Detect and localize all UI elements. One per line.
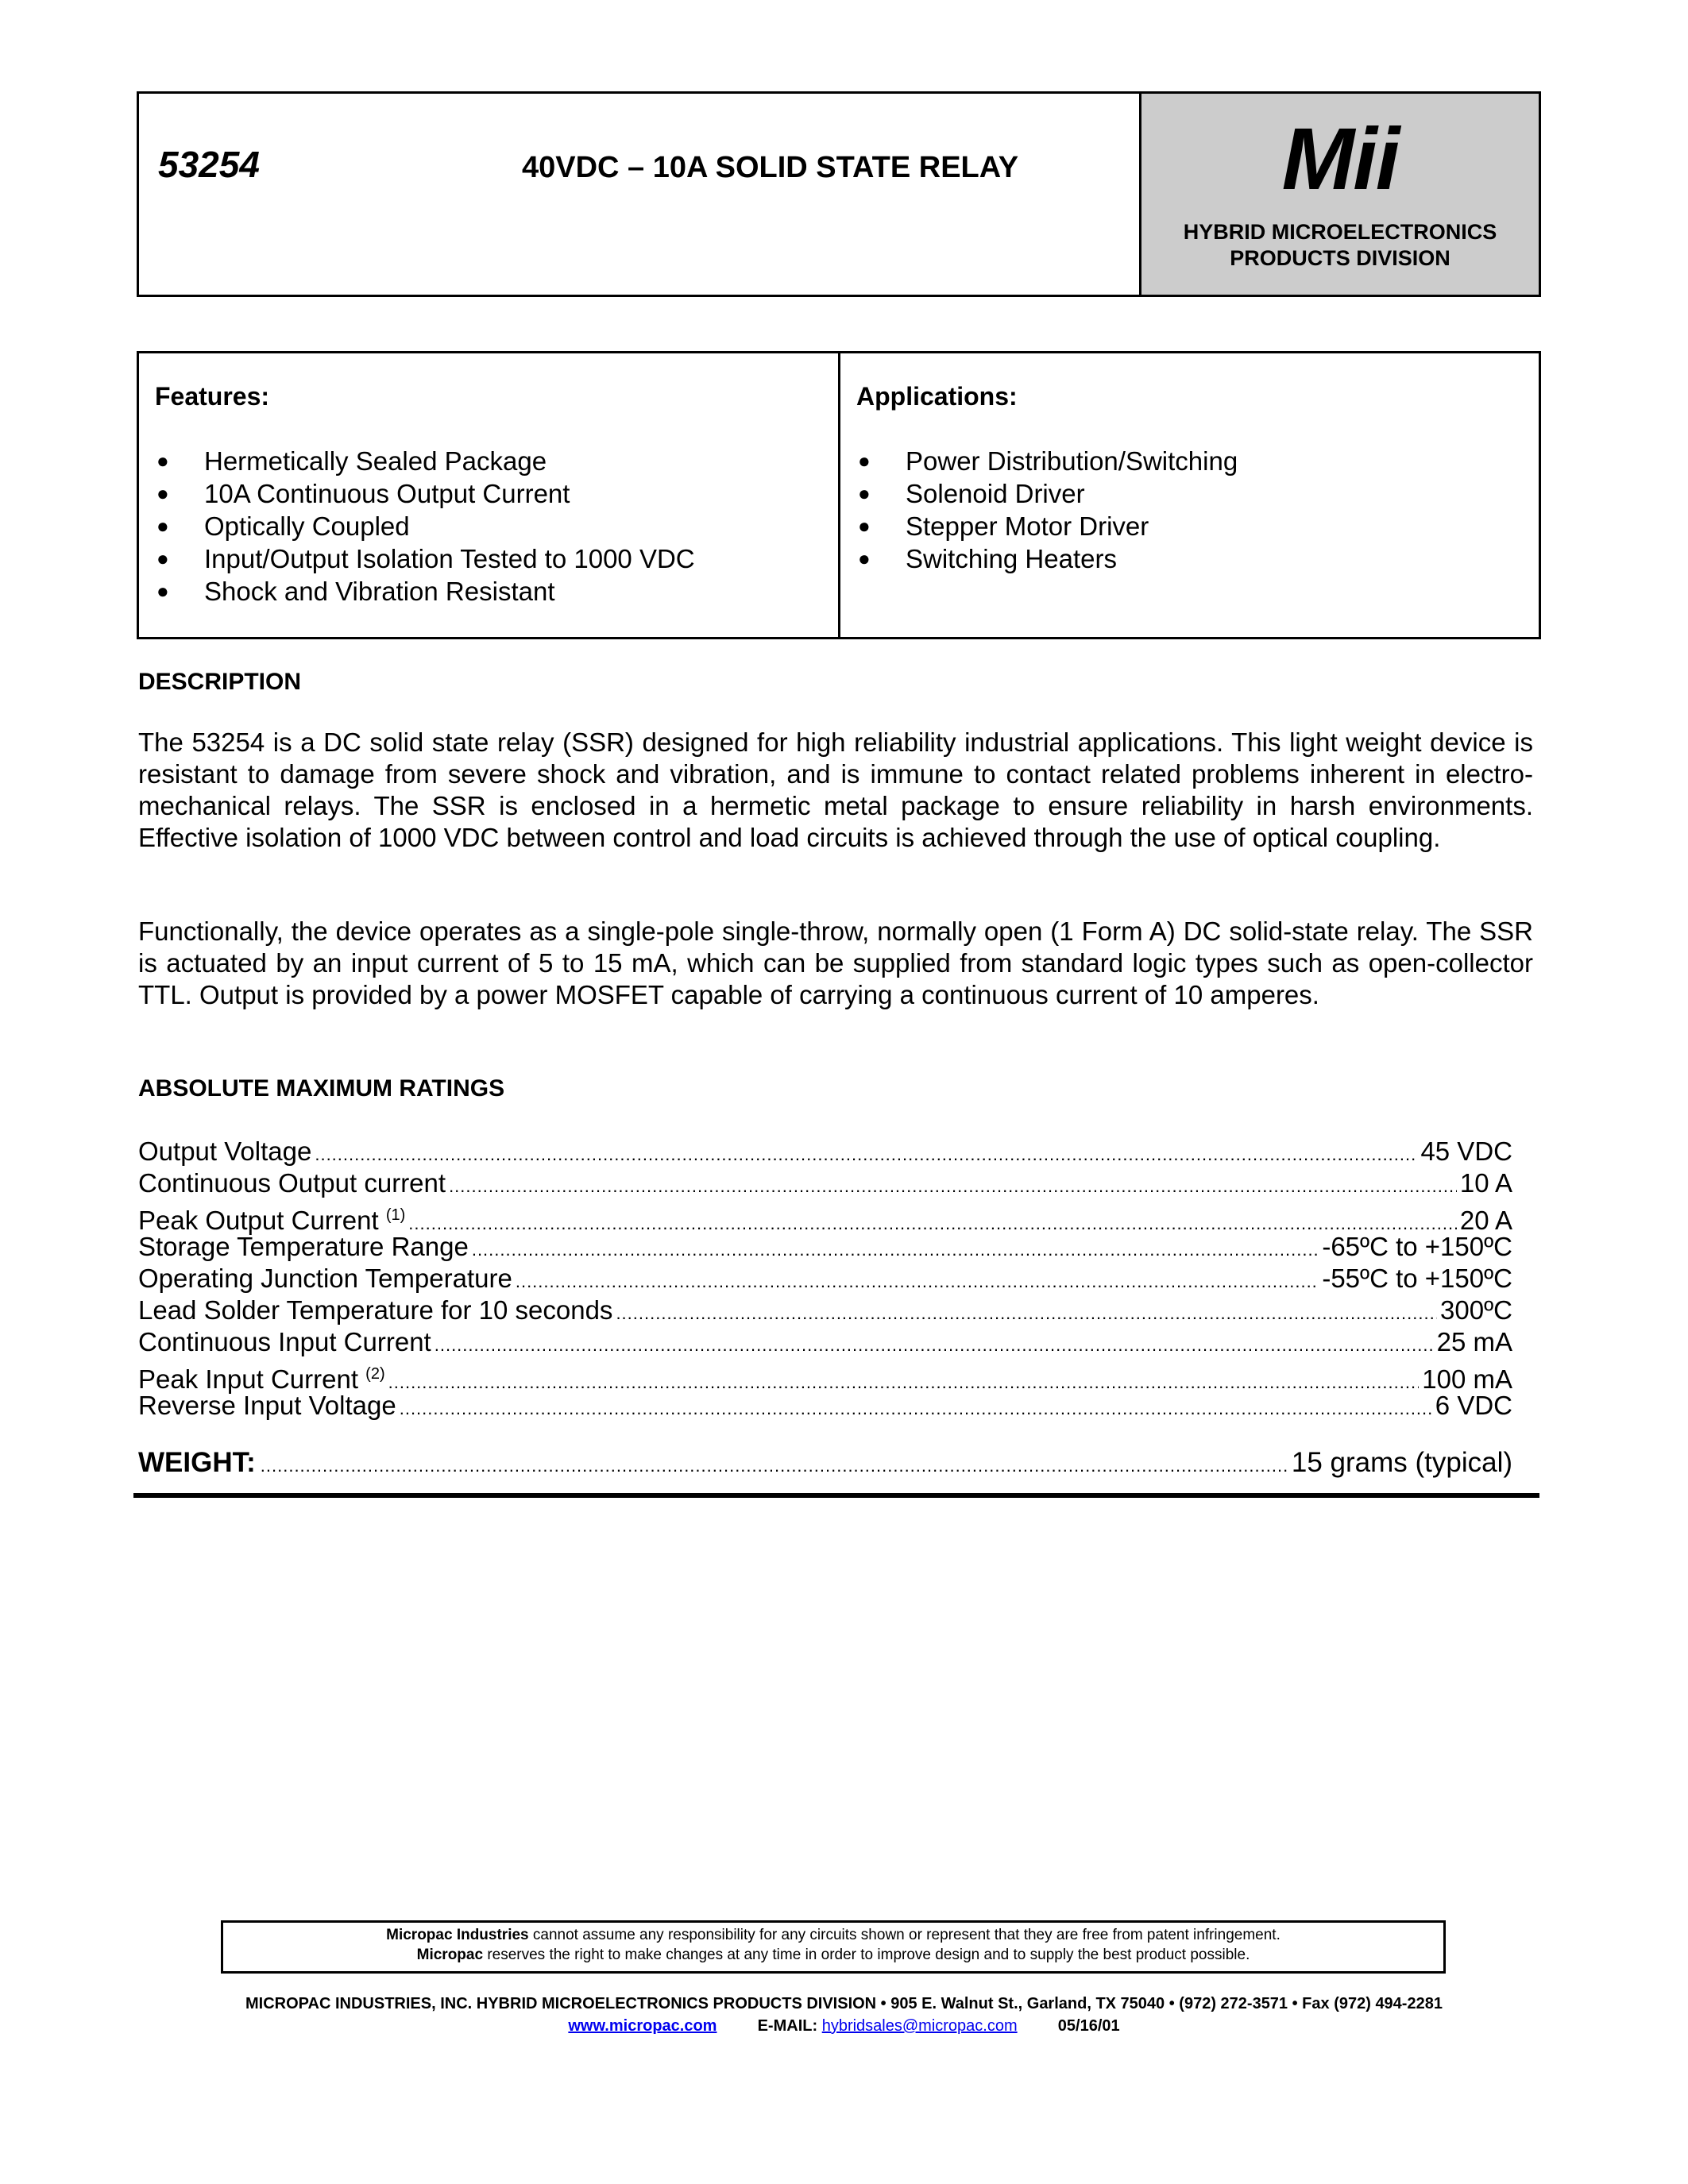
disclaimer-line-2: Micropac reserves the right to make chan…: [223, 1945, 1443, 1965]
applications-section: Applications: ●Power Distribution/Switch…: [840, 353, 1539, 637]
leader-dots: ........................................…: [616, 1298, 1437, 1329]
rating-value: 45 VDC: [1420, 1136, 1512, 1167]
rating-row: Operating Junction Temperature..........…: [138, 1263, 1512, 1295]
rating-value: -55ºC to +150ºC: [1322, 1263, 1512, 1295]
feature-item: ●Hermetically Sealed Package: [155, 445, 695, 477]
rating-value: 300ºC: [1440, 1295, 1512, 1326]
application-item-label: Stepper Motor Driver: [906, 511, 1149, 541]
leader-dots: ........................................…: [516, 1266, 1319, 1298]
disclaimer-company-short: Micropac: [417, 1947, 483, 1963]
feature-item-label: Optically Coupled: [204, 511, 410, 541]
weight-row: WEIGHT: ................................…: [138, 1447, 1512, 1479]
bullet-icon: ●: [858, 477, 871, 510]
disclaimer-text-1: cannot assume any responsibility for any…: [529, 1927, 1280, 1943]
footer-contact: www.micropac.com E-MAIL: hybridsales@mic…: [0, 2017, 1688, 2035]
rating-row: Storage Temperature Range...............…: [138, 1231, 1512, 1263]
bullet-icon: ●: [156, 510, 169, 542]
description-heading: DESCRIPTION: [138, 669, 301, 696]
rating-value: 6 VDC: [1435, 1390, 1512, 1422]
rating-label: Storage Temperature Range: [138, 1231, 469, 1263]
application-item: ●Power Distribution/Switching: [856, 445, 1238, 477]
bullet-icon: ●: [858, 445, 871, 477]
features-applications-box: Features: ●Hermetically Sealed Package●1…: [137, 351, 1541, 639]
rating-label: Output Voltage: [138, 1136, 311, 1167]
description-paragraph-2: Functionally, the device operates as a s…: [138, 916, 1533, 1011]
rating-row: Continuous Input Current................…: [138, 1326, 1512, 1358]
bullet-icon: ●: [858, 542, 871, 575]
division-line-2: PRODUCTS DIVISION: [1141, 245, 1539, 272]
feature-item: ●Input/Output Isolation Tested to 1000 V…: [155, 542, 695, 575]
application-item: ●Stepper Motor Driver: [856, 510, 1238, 542]
rating-value: 25 mA: [1437, 1326, 1512, 1358]
bullet-icon: ●: [858, 510, 871, 542]
header-title-area: 53254 40VDC – 10A SOLID STATE RELAY: [139, 94, 1141, 295]
rating-label: Operating Junction Temperature: [138, 1263, 512, 1295]
feature-item-label: Shock and Vibration Resistant: [204, 577, 555, 606]
email-link[interactable]: hybridsales@micropac.com: [822, 2017, 1018, 2035]
leader-dots: ........................................…: [400, 1393, 1432, 1425]
rating-row: Continuous Output current...............…: [138, 1167, 1512, 1199]
header-box: 53254 40VDC – 10A SOLID STATE RELAY Mii …: [137, 91, 1541, 297]
bullet-icon: ●: [156, 575, 169, 608]
feature-item: ●Shock and Vibration Resistant: [155, 575, 695, 608]
application-item-label: Power Distribution/Switching: [906, 446, 1238, 476]
rating-row: Reverse Input Voltage...................…: [138, 1390, 1512, 1422]
bullet-icon: ●: [156, 445, 169, 477]
weight-value: 15 grams (typical): [1292, 1447, 1512, 1479]
company-logo: Mii: [1141, 116, 1539, 203]
features-heading: Features:: [155, 382, 269, 411]
features-list: ●Hermetically Sealed Package●10A Continu…: [155, 445, 695, 608]
leader-dots: ........................................…: [261, 1456, 1287, 1476]
ratings-heading: ABSOLUTE MAXIMUM RATINGS: [138, 1075, 504, 1102]
feature-item-label: Input/Output Isolation Tested to 1000 VD…: [204, 544, 695, 573]
application-item: ●Solenoid Driver: [856, 477, 1238, 510]
section-divider: [133, 1493, 1539, 1498]
revision-date: 05/16/01: [1058, 2017, 1120, 2035]
disclaimer-company: Micropac Industries: [386, 1927, 529, 1943]
rating-label: Continuous Input Current: [138, 1326, 431, 1358]
rating-value: 10 A: [1460, 1167, 1512, 1199]
footnote-marker: (2): [365, 1365, 384, 1383]
applications-heading: Applications:: [856, 382, 1018, 411]
footnote-marker: (1): [386, 1206, 405, 1224]
leader-dots: ........................................…: [449, 1171, 1457, 1202]
division-line-1: HYBRID MICROELECTRONICS: [1141, 219, 1539, 245]
applications-list: ●Power Distribution/Switching●Solenoid D…: [856, 445, 1238, 575]
rating-value: -65ºC to +150ºC: [1322, 1231, 1512, 1263]
bullet-icon: ●: [156, 542, 169, 575]
email-label: E-MAIL:: [758, 2017, 818, 2035]
logo-panel: Mii HYBRID MICROELECTRONICS PRODUCTS DIV…: [1141, 94, 1539, 295]
part-number: 53254: [158, 143, 260, 186]
disclaimer-box: Micropac Industries cannot assume any re…: [221, 1920, 1446, 1974]
feature-item-label: 10A Continuous Output Current: [204, 479, 570, 508]
rating-row: Lead Solder Temperature for 10 seconds..…: [138, 1295, 1512, 1326]
page-title: 40VDC – 10A SOLID STATE RELAY: [522, 151, 1018, 185]
disclaimer-line-1: Micropac Industries cannot assume any re…: [223, 1925, 1443, 1945]
website-link[interactable]: www.micropac.com: [568, 2017, 717, 2035]
division-name: HYBRID MICROELECTRONICS PRODUCTS DIVISIO…: [1141, 219, 1539, 272]
leader-dots: ........................................…: [315, 1139, 1417, 1171]
rating-row: Peak Output Current (1).................…: [138, 1199, 1512, 1231]
rating-label: Reverse Input Voltage: [138, 1390, 396, 1422]
bullet-icon: ●: [156, 477, 169, 510]
leader-dots: ........................................…: [472, 1234, 1319, 1266]
feature-item: ●Optically Coupled: [155, 510, 695, 542]
application-item-label: Switching Heaters: [906, 544, 1117, 573]
disclaimer-text-2: reserves the right to make changes at an…: [483, 1947, 1250, 1963]
leader-dots: ........................................…: [435, 1329, 1434, 1361]
rating-label: Lead Solder Temperature for 10 seconds: [138, 1295, 612, 1326]
feature-item-label: Hermetically Sealed Package: [204, 446, 547, 476]
feature-item: ●10A Continuous Output Current: [155, 477, 695, 510]
footer-address: MICROPAC INDUSTRIES, INC. HYBRID MICROEL…: [0, 1995, 1688, 2013]
rating-row: Output Voltage..........................…: [138, 1136, 1512, 1167]
rating-label: Continuous Output current: [138, 1167, 446, 1199]
description-paragraph-1: The 53254 is a DC solid state relay (SSR…: [138, 727, 1533, 854]
application-item-label: Solenoid Driver: [906, 479, 1085, 508]
weight-label: WEIGHT:: [138, 1447, 256, 1479]
features-section: Features: ●Hermetically Sealed Package●1…: [139, 353, 840, 637]
application-item: ●Switching Heaters: [856, 542, 1238, 575]
rating-row: Peak Input Current (2)..................…: [138, 1358, 1512, 1390]
